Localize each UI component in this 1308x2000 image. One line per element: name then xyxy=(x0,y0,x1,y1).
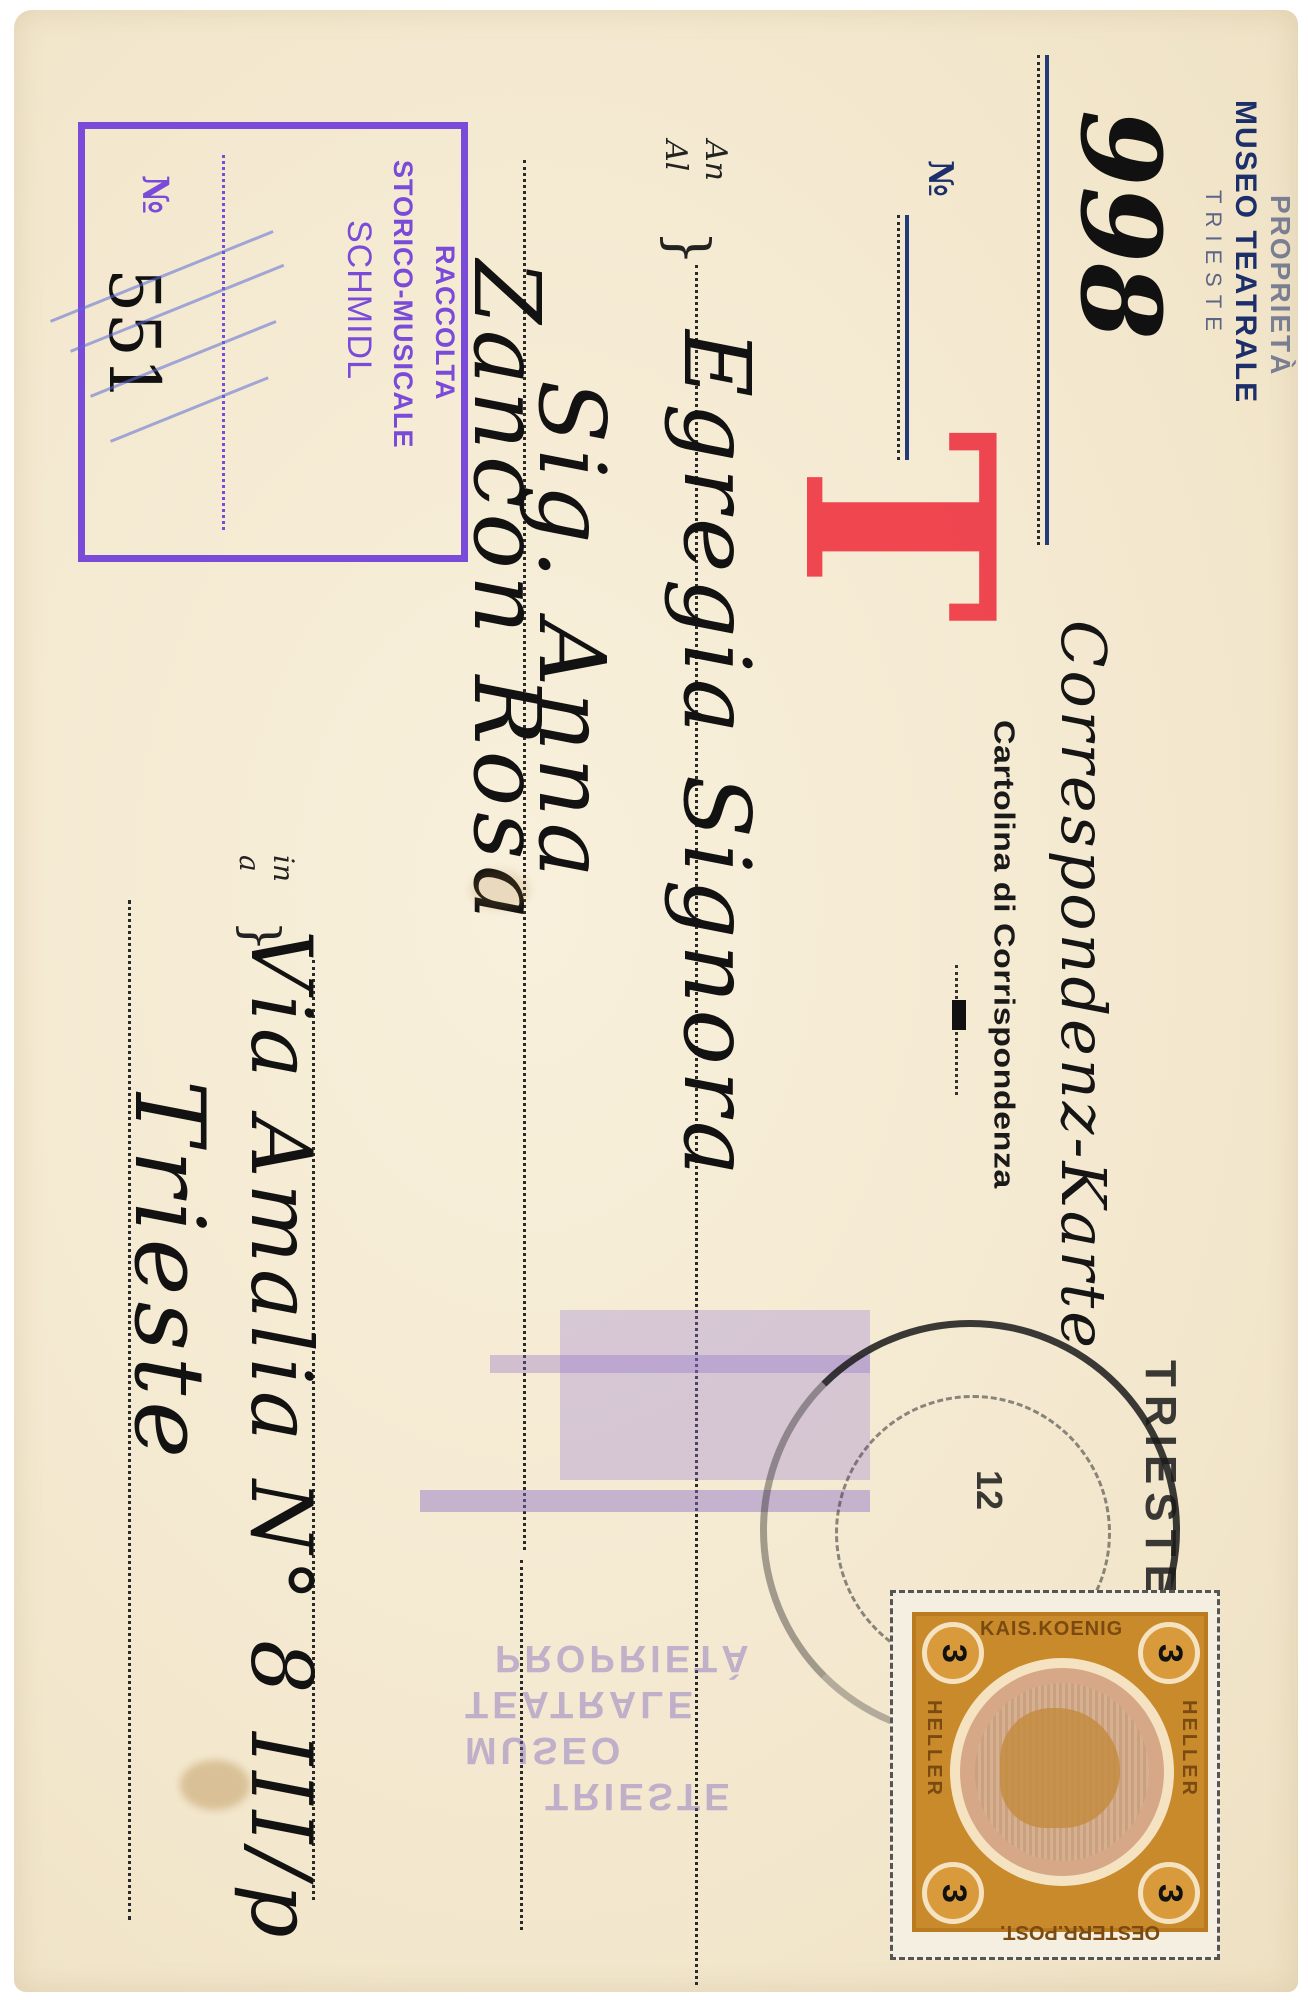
ownership-stamp-text: TRIESTE MUSEO TEATRALE PROPRIETÀ xyxy=(465,1635,825,1819)
stamp-value-corner: 3 xyxy=(1138,1622,1200,1684)
stamp-value-corner: 3 xyxy=(922,1862,984,1924)
archive-number: 998 xyxy=(1056,110,1185,340)
stamp-side-text: HELLER xyxy=(922,1700,945,1798)
museum-line: MUSEO TEATRALE xyxy=(1228,100,1262,404)
stamp-value-corner: 3 xyxy=(1138,1862,1200,1924)
postmark-date: 12 xyxy=(968,1470,1010,1510)
blue-rule xyxy=(905,215,909,460)
dotted-rule xyxy=(955,965,961,1095)
city-fragment: TRIESTE xyxy=(1200,190,1226,339)
to-label: AnAl xyxy=(655,140,735,181)
dash-mark xyxy=(952,1000,966,1030)
eagle-icon xyxy=(1000,1708,1120,1828)
city-text: Trieste xyxy=(113,1080,225,1464)
ownership-stamp-bar xyxy=(490,1355,870,1373)
address-line1-text: Egregia Signora xyxy=(663,330,770,1182)
dotted-rule xyxy=(897,215,900,460)
postmark-city: TRIESTE xyxy=(1135,1360,1185,1602)
stamp-bottom-text: OESTERR.POST. xyxy=(1000,1920,1160,1943)
red-pencil-mark: T xyxy=(745,430,1050,623)
collection-line2: STORICO-MUSICALE xyxy=(387,160,418,449)
title-italian: Cartolina di Corrispondenza xyxy=(987,720,1020,1189)
collection-line3: SCHMIDL xyxy=(339,220,378,380)
brace: } xyxy=(655,230,720,266)
collection-line1: RACCOLTA xyxy=(429,245,460,400)
collection-number-label: № xyxy=(134,175,176,214)
place-label: ina xyxy=(232,855,300,882)
stamp-top-text: KAIS.KOENIG xyxy=(980,1618,1123,1641)
stain xyxy=(180,1760,250,1810)
owner-line: PROPRIETÀ xyxy=(1264,195,1296,376)
stamp-value-corner: 3 xyxy=(922,1622,984,1684)
title-german: Correspondenz-Karte xyxy=(1047,620,1120,1351)
address-line3-text: Zancon Rosa xyxy=(453,260,560,926)
stain xyxy=(470,870,530,910)
number-label: № xyxy=(920,160,960,197)
stamp-side-text: HELLER xyxy=(1177,1700,1200,1798)
